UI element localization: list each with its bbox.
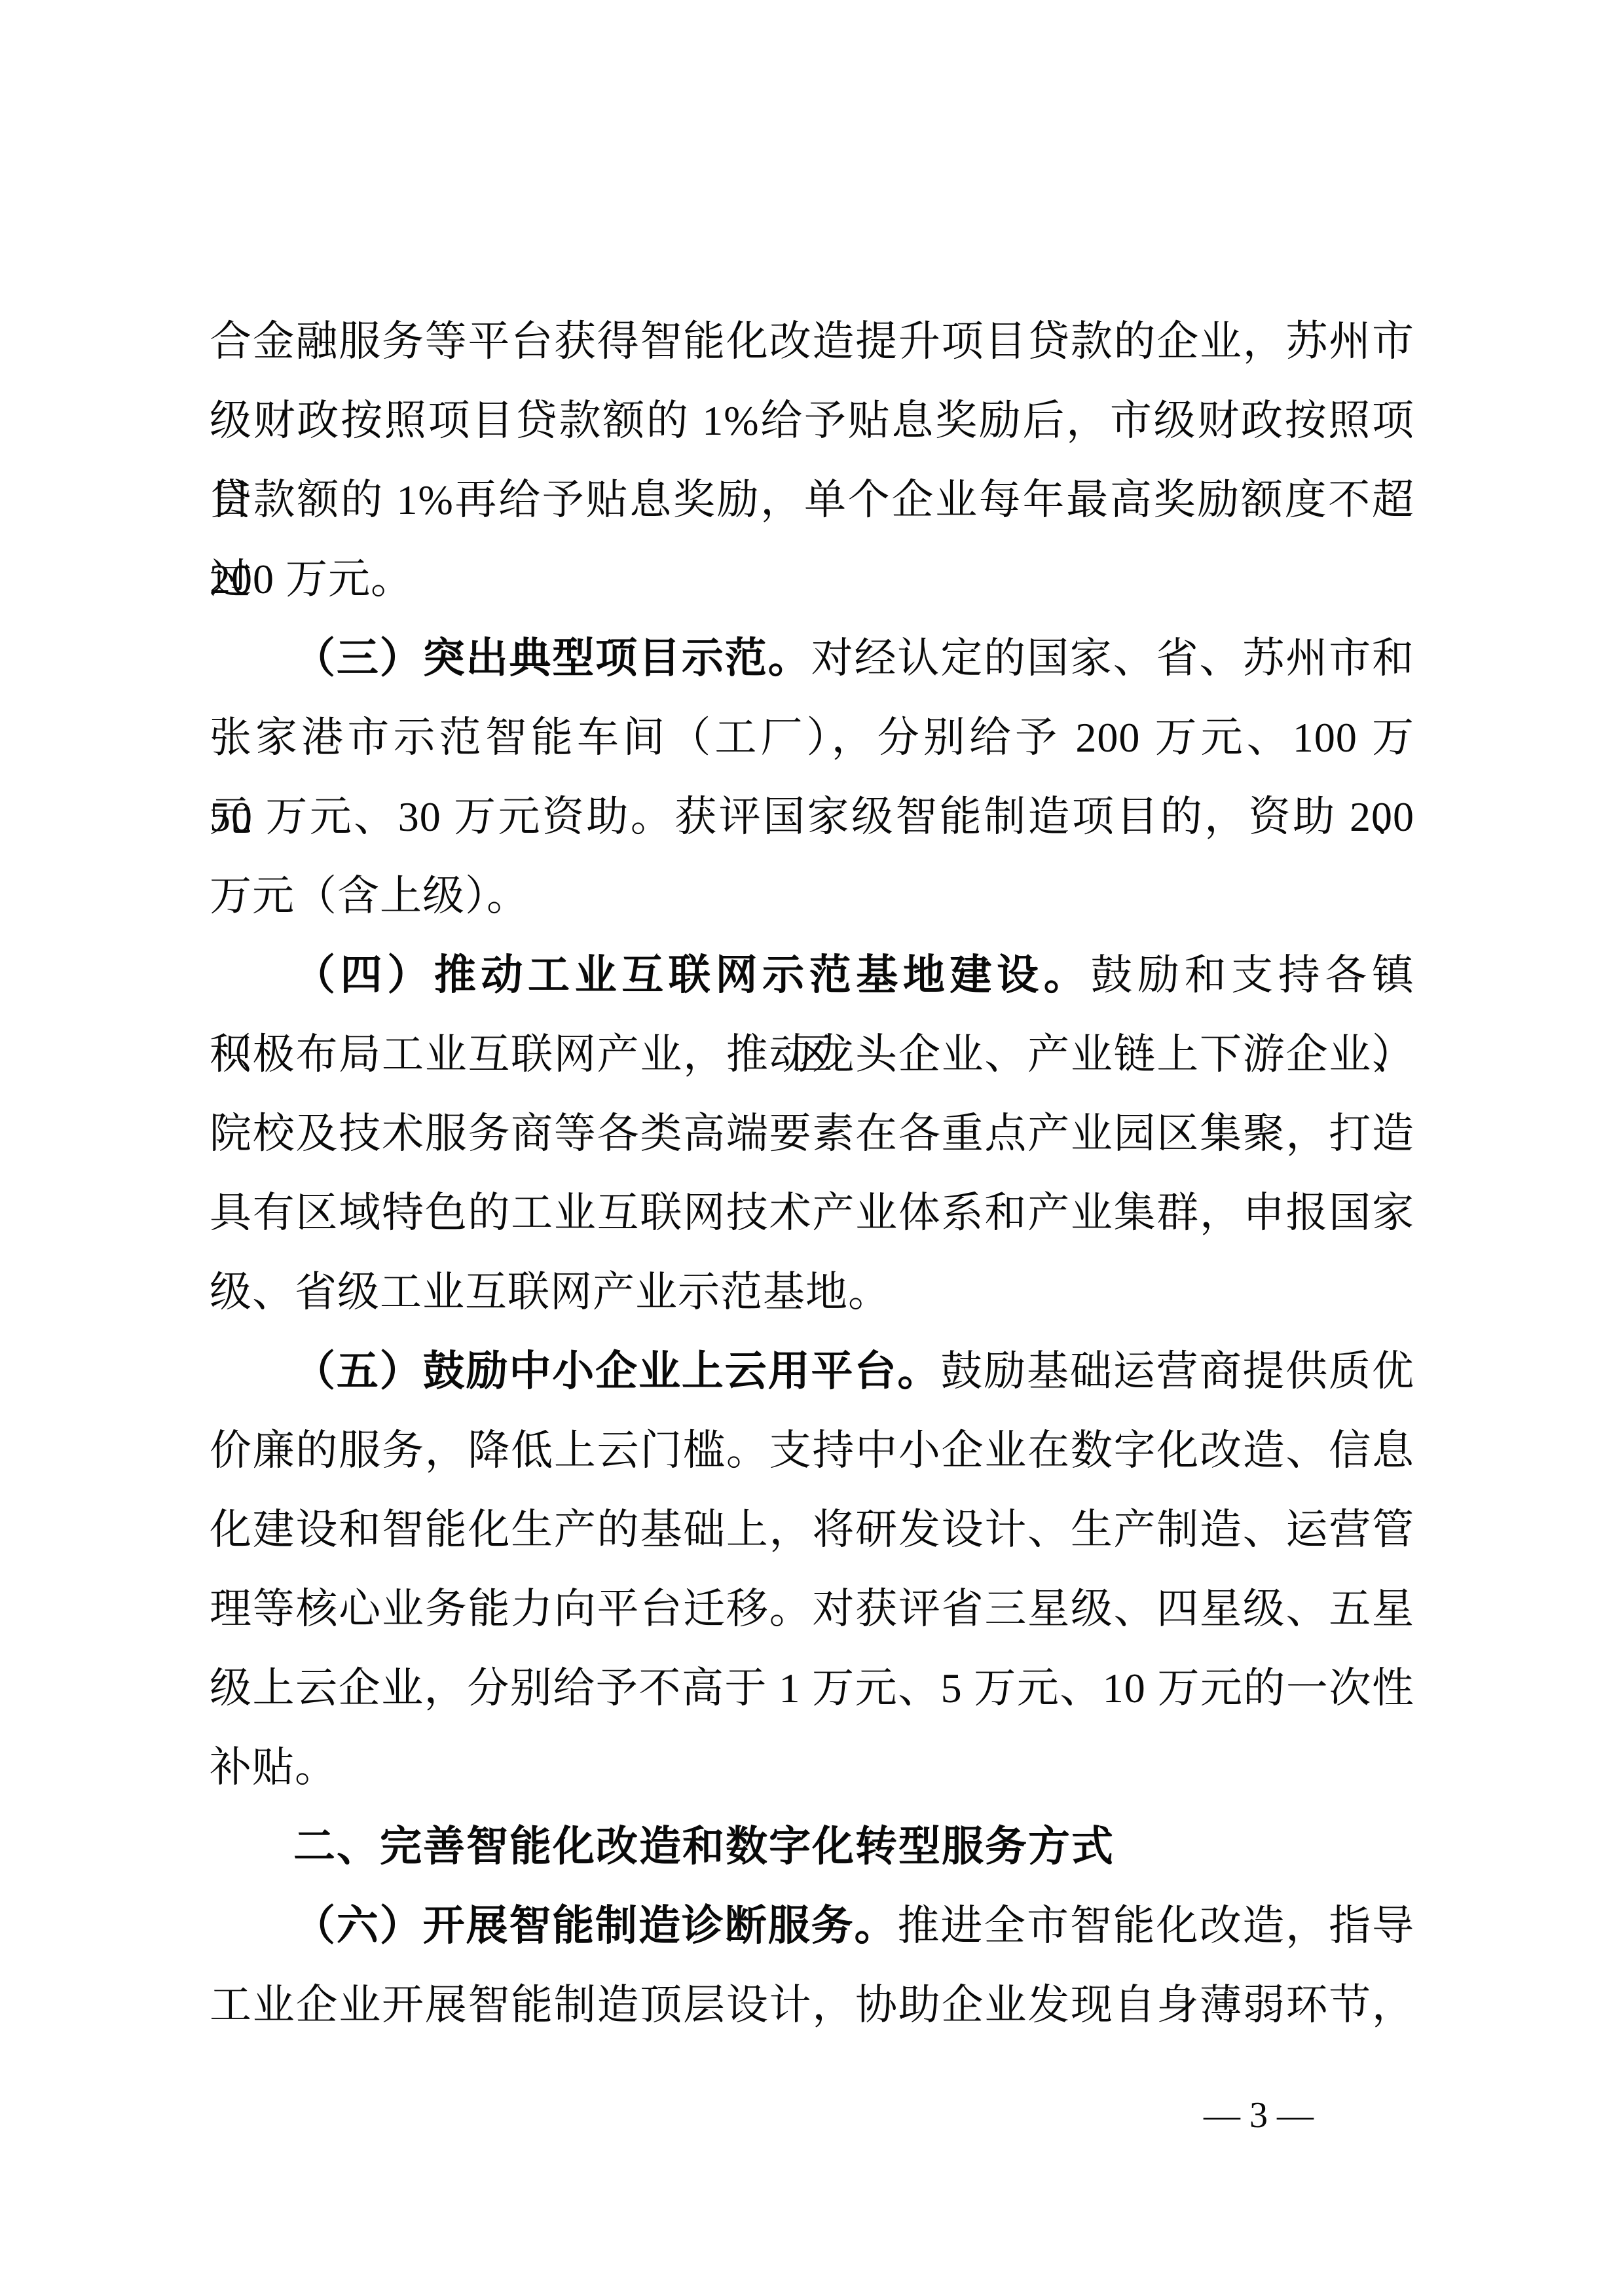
line-text: 补贴。 — [210, 1744, 337, 1791]
paragraph-lead: （三）突出典型项目示范。 — [293, 635, 811, 682]
document-text-block: 合金融服务等平台获得智能化改造提升项目贷款的企业，苏州市 级财政按照项目贷款额的… — [210, 302, 1414, 2045]
line-text: 鼓励基础运营商提供质优 — [940, 1348, 1414, 1394]
text-line: （六）开展智能制造诊断服务。推进全市智能化改造，指导 — [210, 1886, 1414, 1965]
text-line: 万元（含上级）。 — [210, 856, 1414, 936]
text-line: 级、省级工业互联网产业示范基地。 — [210, 1252, 1414, 1332]
text-line: 贷款额的 1%再给予贴息奖励，单个企业每年最高奖励额度不超过 — [210, 460, 1414, 539]
text-line: 级上云企业，分别给予不高于 1 万元、5 万元、10 万元的一次性 — [210, 1649, 1414, 1728]
text-line: 具有区域特色的工业互联网技术产业体系和产业集群，申报国家 — [210, 1173, 1414, 1252]
line-text: 院校及技术服务商等各类高端要素在各重点产业园区集聚，打造 — [210, 1110, 1414, 1157]
text-line: 价廉的服务，降低上云门槛。支持中小企业在数字化改造、信息 — [210, 1411, 1414, 1490]
line-text: 积极布局工业互联网产业，推动龙头企业、产业链上下游企业、 — [210, 1031, 1414, 1078]
section-heading: 二、完善智能化改造和数字化转型服务方式 — [210, 1807, 1414, 1886]
paragraph-lead: （四）推动工业互联网示范基地建设。 — [293, 952, 1090, 998]
text-line: 理等核心业务能力向平台迁移。对获评省三星级、四星级、五星 — [210, 1569, 1414, 1649]
paragraph-lead: （五）鼓励中小企业上云用平台。 — [293, 1348, 940, 1394]
line-text: 级、省级工业互联网产业示范基地。 — [210, 1269, 891, 1315]
line-text: 50 万元、30 万元资助。获评国家级智能制造项目的，资助 200 — [210, 793, 1414, 840]
line-text: 化建设和智能化生产的基础上，将研发设计、生产制造、运营管 — [210, 1506, 1414, 1553]
text-line: 院校及技术服务商等各类高端要素在各重点产业园区集聚，打造 — [210, 1094, 1414, 1173]
line-text: 万元（含上级）。 — [210, 873, 529, 919]
line-text: 级上云企业，分别给予不高于 1 万元、5 万元、10 万元的一次性 — [210, 1665, 1414, 1711]
section-heading-text: 二、完善智能化改造和数字化转型服务方式 — [293, 1823, 1115, 1870]
document-page: 合金融服务等平台获得智能化改造提升项目贷款的企业，苏州市 级财政按照项目贷款额的… — [0, 0, 1624, 2296]
text-line: 200 万元。 — [210, 539, 1414, 619]
line-text: 推进全市智能化改造，指导 — [897, 1903, 1414, 1949]
page-number: — 3 — — [1193, 2086, 1324, 2145]
line-text: 工业企业开展智能制造顶层设计，协助企业发现自身薄弱环节， — [210, 1982, 1414, 2028]
text-line: 化建设和智能化生产的基础上，将研发设计、生产制造、运营管 — [210, 1490, 1414, 1569]
text-line: 50 万元、30 万元资助。获评国家级智能制造项目的，资助 200 — [210, 777, 1414, 856]
text-line: 合金融服务等平台获得智能化改造提升项目贷款的企业，苏州市 — [210, 302, 1414, 381]
line-text: 对经认定的国家、省、苏州市和 — [811, 635, 1414, 682]
paragraph-lead: （六）开展智能制造诊断服务。 — [293, 1903, 897, 1949]
line-text: 价廉的服务，降低上云门槛。支持中小企业在数字化改造、信息 — [210, 1427, 1414, 1474]
line-text: 理等核心业务能力向平台迁移。对获评省三星级、四星级、五星 — [210, 1586, 1414, 1632]
text-line: 补贴。 — [210, 1728, 1414, 1807]
line-text: 合金融服务等平台获得智能化改造提升项目贷款的企业，苏州市 — [210, 318, 1414, 365]
text-line: （四）推动工业互联网示范基地建设。鼓励和支持各镇（区） — [210, 936, 1414, 1015]
text-line: （三）突出典型项目示范。对经认定的国家、省、苏州市和 — [210, 619, 1414, 698]
text-line: 张家港市示范智能车间（工厂），分别给予 200 万元、100 万元、 — [210, 698, 1414, 777]
text-line: 工业企业开展智能制造顶层设计，协助企业发现自身薄弱环节， — [210, 1965, 1414, 2045]
text-line: 积极布局工业互联网产业，推动龙头企业、产业链上下游企业、 — [210, 1015, 1414, 1094]
line-text: 具有区域特色的工业互联网技术产业体系和产业集群，申报国家 — [210, 1190, 1414, 1236]
text-line: 级财政按照项目贷款额的 1%给予贴息奖励后，市级财政按照项目 — [210, 381, 1414, 460]
text-line: （五）鼓励中小企业上云用平台。鼓励基础运营商提供质优 — [210, 1332, 1414, 1411]
line-text: 200 万元。 — [210, 556, 413, 602]
